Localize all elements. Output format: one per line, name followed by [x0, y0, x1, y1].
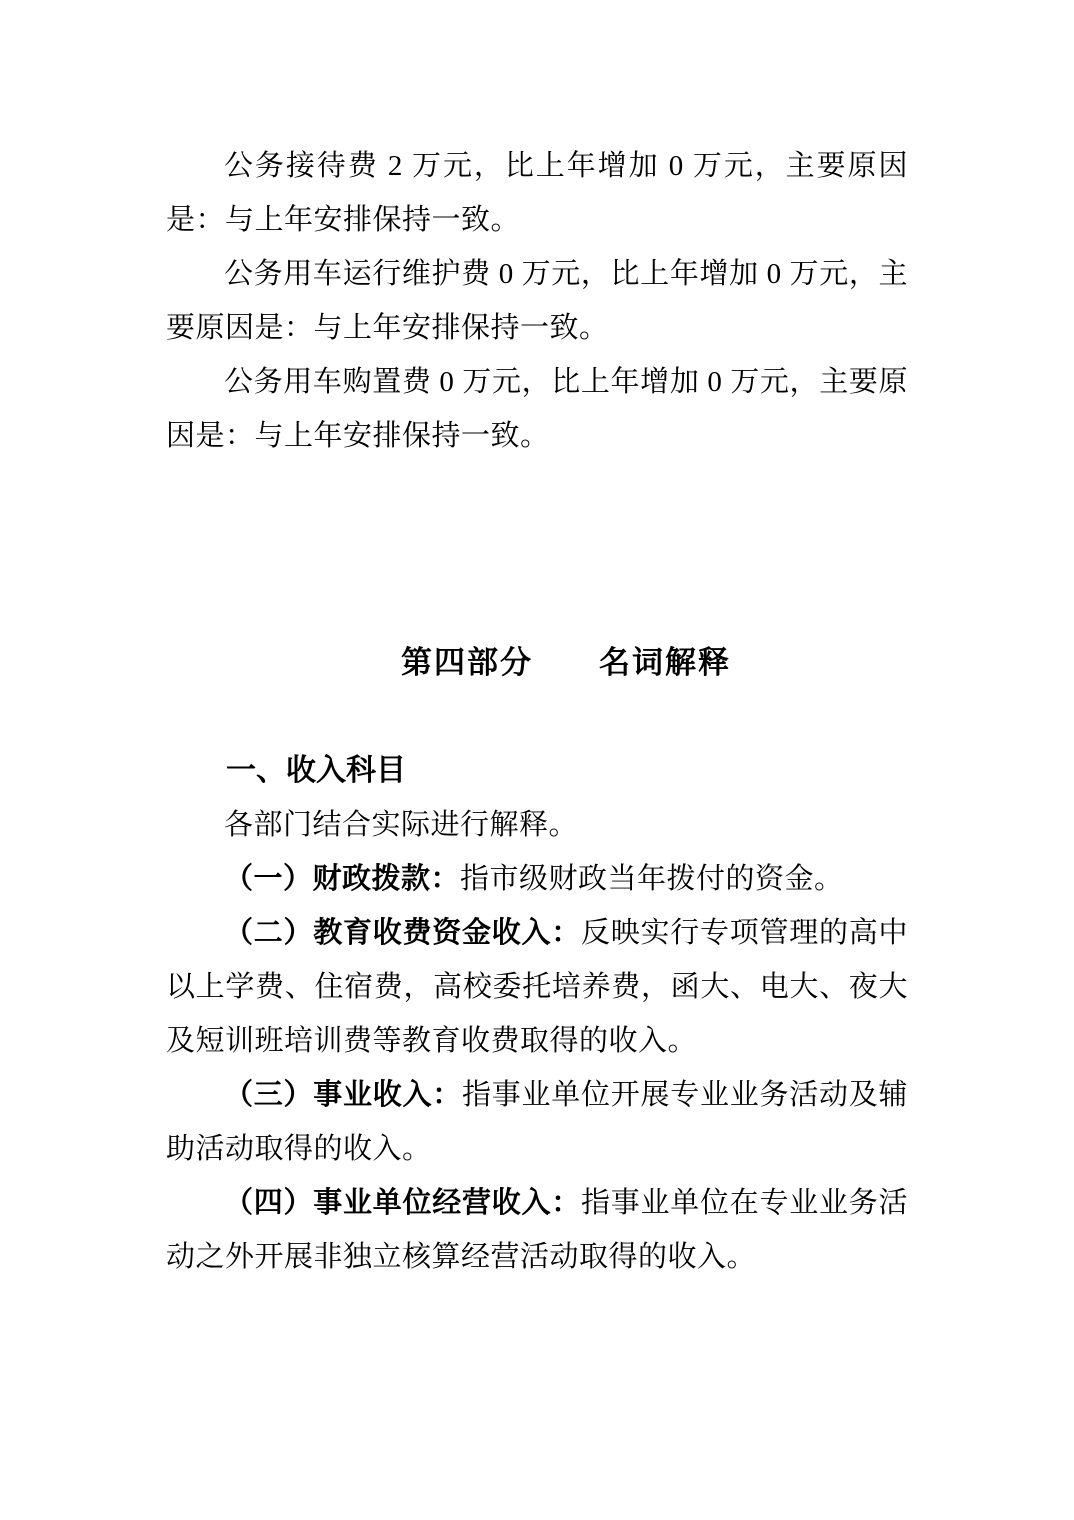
- paragraph-vehicle-purchase-expense: 公务用车购置费 0 万元，比上年增加 0 万元，主要原因是：与上年安排保持一致。: [166, 355, 908, 463]
- term-item: （一）财政拨款：指市级财政当年拨付的资金。: [166, 852, 908, 906]
- document-content: 公务接待费 2 万元，比上年增加 0 万元，主要原因是：与上年安排保持一致。 公…: [166, 139, 908, 1284]
- term-label: （二）教育收费资金收入：: [224, 917, 581, 949]
- document-page: 公务接待费 2 万元，比上年增加 0 万元，主要原因是：与上年安排保持一致。 公…: [0, 0, 1074, 1520]
- term-item: （三）事业收入：指事业单位开展专业业务活动及辅助活动取得的收入。: [166, 1068, 908, 1176]
- term-label: （四）事业单位经营收入：: [224, 1187, 581, 1219]
- subsection-title-income-subjects: 一、收入科目: [166, 744, 908, 798]
- paragraph-intro: 各部门结合实际进行解释。: [166, 798, 908, 852]
- term-label: （一）财政拨款：: [224, 863, 460, 895]
- term-label: （三）事业收入：: [224, 1079, 462, 1111]
- paragraph-vehicle-maintenance-expense: 公务用车运行维护费 0 万元，比上年增加 0 万元，主要原因是：与上年安排保持一…: [166, 247, 908, 355]
- term-text: 指市级财政当年拨付的资金。: [460, 863, 844, 895]
- section-title: 第四部分 名词解释: [224, 633, 908, 693]
- term-item: （二）教育收费资金收入：反映实行专项管理的高中以上学费、住宿费，高校委托培养费，…: [166, 906, 908, 1068]
- term-item: （四）事业单位经营收入：指事业单位在专业业务活动之外开展非独立核算经营活动取得的…: [166, 1176, 908, 1284]
- paragraph-reception-expense: 公务接待费 2 万元，比上年增加 0 万元，主要原因是：与上年安排保持一致。: [166, 139, 908, 247]
